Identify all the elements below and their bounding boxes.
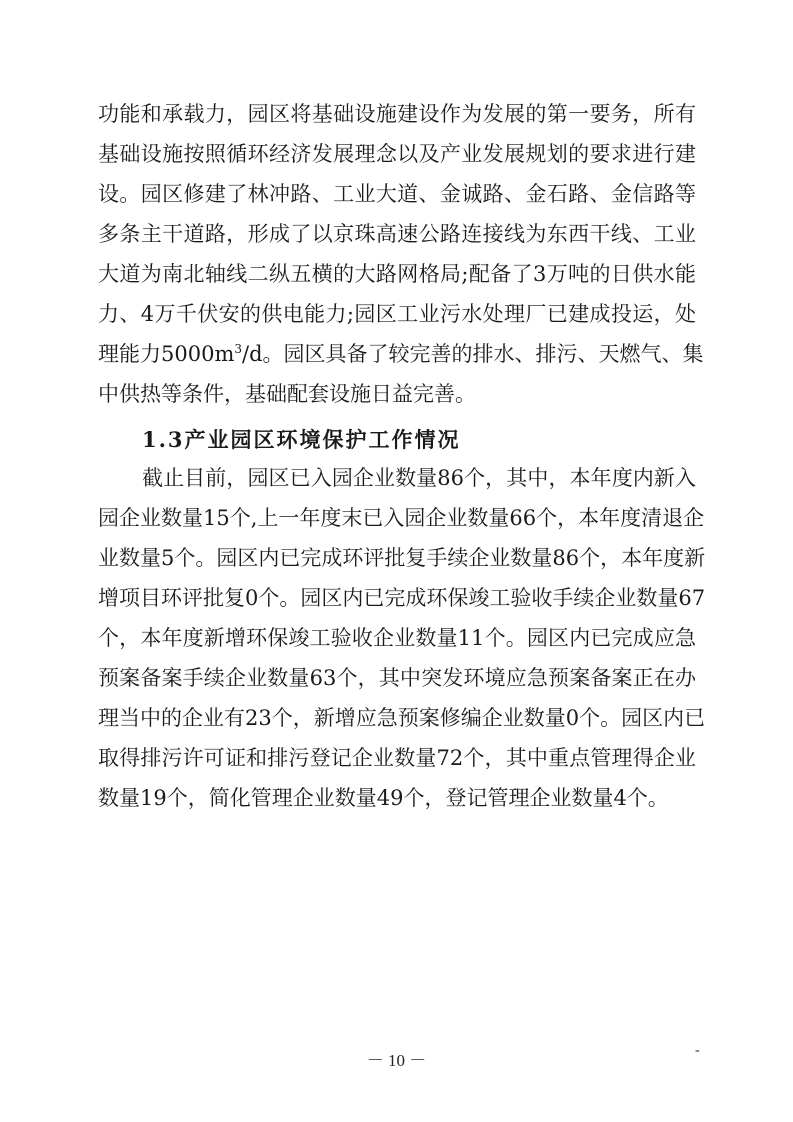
superscript-3: 3 <box>234 342 242 356</box>
paragraph-1-line-4: 多条主干道路，形成了以京珠高速公路连接线为东西干线、工业 <box>98 219 696 249</box>
paragraph-2-line-4: 增项目环评批复0个。园区内已完成环保竣工验收手续企业数量67 <box>98 583 696 613</box>
paragraph-2-line-1: 截止目前，园区已入园企业数量86个，其中，本年度内新入 <box>142 463 696 493</box>
document-page: 功能和承载力，园区将基础设施建设作为发展的第一要务，所有 基础设施按照循环经济发… <box>0 0 793 1122</box>
paragraph-2-line-5: 个，本年度新增环保竣工验收企业数量11个。园区内已完成应急 <box>98 623 696 653</box>
paragraph-2-line-9: 数量19个，简化管理企业数量49个，登记管理企业数量4个。 <box>98 783 696 813</box>
section-heading: 1.3产业园区环境保护工作情况 <box>142 425 461 455</box>
paragraph-2-line-3: 业数量5个。园区内已完成环评批复手续企业数量86个，本年度新 <box>98 543 696 573</box>
line-7-pre: 理能力5000m <box>98 342 234 366</box>
paragraph-2-line-7: 理当中的企业有23个，新增应急预案修编企业数量0个。园区内已 <box>98 703 696 733</box>
paragraph-1-line-6: 力、4万千伏安的供电能力;园区工业污水处理厂已建成投运，处 <box>98 299 696 329</box>
paragraph-1-line-1: 功能和承载力，园区将基础设施建设作为发展的第一要务，所有 <box>98 99 696 129</box>
paragraph-2-line-8: 取得排污许可证和排污登记企业数量72个，其中重点管理得企业 <box>98 743 696 773</box>
paragraph-1-line-7: 理能力5000m3/d。园区具备了较完善的排水、排污、天燃气、集 <box>98 339 696 369</box>
page-number: － 10 － <box>0 1046 793 1071</box>
paragraph-1-line-3: 设。园区修建了林冲路、工业大道、金诚路、金石路、金信路等 <box>98 179 696 209</box>
paragraph-2-line-6: 预案备案手续企业数量63个，其中突发环境应急预案备案正在办 <box>98 663 696 693</box>
paragraph-1-line-2: 基础设施按照循环经济发展理念以及产业发展规划的要求进行建 <box>98 139 696 169</box>
paragraph-2-line-2: 园企业数量15个,上一年度末已入园企业数量66个，本年度清退企 <box>98 503 696 533</box>
footer-mark: - <box>695 1043 700 1059</box>
paragraph-1-line-8: 中供热等条件，基础配套设施日益完善。 <box>98 379 696 409</box>
paragraph-1-line-5: 大道为南北轴线二纵五横的大路网格局;配备了3万吨的日供水能 <box>98 259 696 289</box>
line-7-post: /d。园区具备了较完善的排水、排污、天燃气、集 <box>242 342 704 366</box>
